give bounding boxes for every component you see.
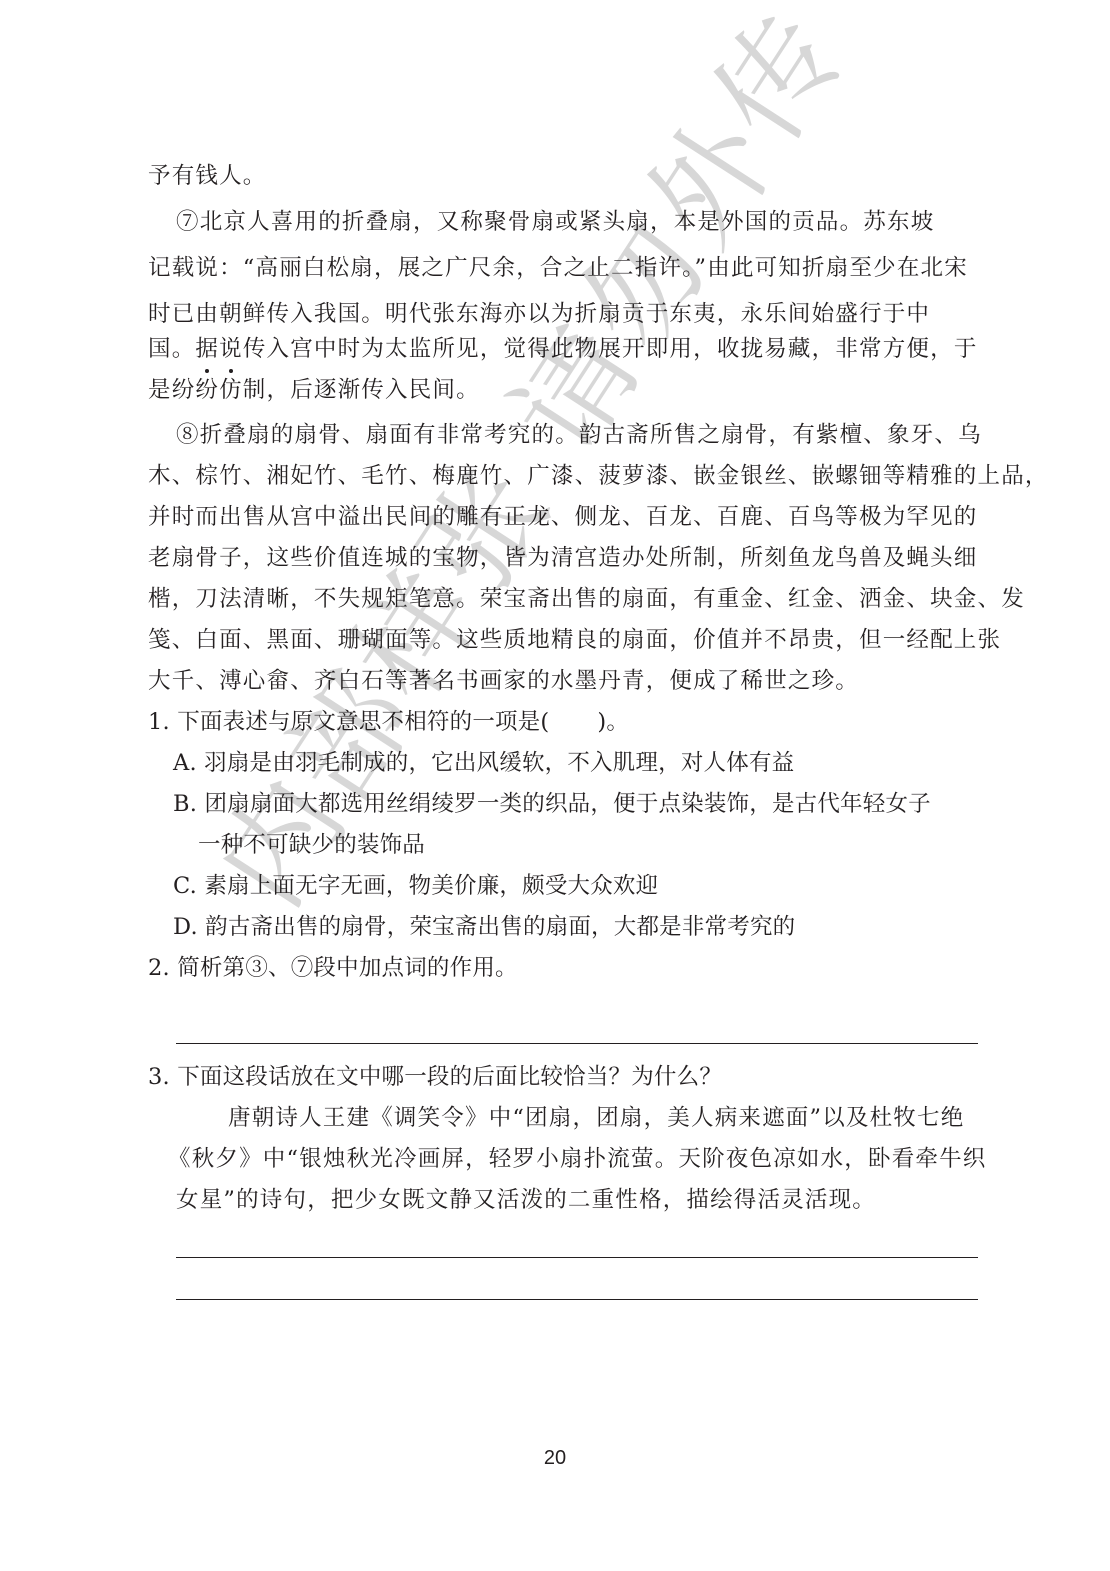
option-c: C. 素扇上面无字无画，物美价廉，颇受大众欢迎 <box>173 871 658 901</box>
passage-line: 予有钱人。 <box>148 161 267 191</box>
paragraph-8-line: 并时而出售从宫中溢出民间的雕有正龙、侧龙、百龙、百鹿、百鸟等极为罕见的 <box>148 502 978 532</box>
option-a: A. 羽扇是由羽毛制成的，它出风缓软，不入肌理，对人体有益 <box>173 748 794 778</box>
paragraph-8-line: 楷，刀法清晰，不失规矩笔意。荣宝斋出售的扇面，有重金、红金、洒金、块金、发 <box>148 584 1025 614</box>
paragraph-7-line: 时已由朝鲜传入我国。明代张东海亦以为折扇贡于东夷，永乐间始盛行于中 <box>148 299 930 329</box>
textbook-page: 内部样张 请勿外传 予有钱人。 ⑦北京人喜用的折叠扇，又称聚骨扇或紧头扇，本是外… <box>0 0 1110 1571</box>
paragraph-7-line: 记载说：“高丽白松扇，展之广尺余，合之止二指许。”由此可知折扇至少在北宋 <box>148 253 968 283</box>
question-1-text-end: )。 <box>597 709 629 735</box>
paragraph-8-line: 笺、白面、黑面、珊瑚面等。这些质地精良的扇面，价值并不昂贵，但一经配上张 <box>148 625 1001 655</box>
option-d: D. 韵古斋出售的扇骨，荣宝斋出售的扇面，大都是非常考究的 <box>173 912 795 942</box>
question-3-quote-line: 《秋夕》中“银烛秋光冷画屏，轻罗小扇扑流萤。天阶夜色凉如水，卧看牵牛织 <box>168 1144 987 1174</box>
page-number: 20 <box>0 1447 1110 1470</box>
paragraph-8-line: 木、棕竹、湘妃竹、毛竹、梅鹿竹、广漆、菠萝漆、嵌金银丝、嵌螺钿等精雅的上品， <box>148 461 1049 491</box>
question-3-stem: 3. 下面这段话放在文中哪一段的后面比较恰当？为什么？ <box>148 1062 722 1092</box>
paragraph-8-line: 老扇骨子，这些价值连城的宝物，皆为清宫造办处所制，所刻鱼龙鸟兽及蝇头细 <box>148 543 978 573</box>
question-2-stem: 2. 简析第③、⑦段中加点词的作用。 <box>148 953 518 983</box>
paragraph-8-line: ⑧折叠扇的扇骨、扇面有非常考究的。韵古斋所售之扇骨，有紫檀、象牙、乌 <box>176 420 982 450</box>
paragraph-7-line: 国。据说传入宫中时为太监所见，觉得此物展开即用，收拢易藏，非常方便，于 <box>148 334 978 364</box>
answer-line[interactable] <box>176 1257 978 1258</box>
question-3-quote-line: 女星”的诗句，把少女既文静又活泼的二重性格，描绘得活灵活现。 <box>176 1185 876 1215</box>
question-1-text: 1. 下面表述与原文意思不相符的一项是( <box>148 709 549 735</box>
paragraph-7-line: ⑦北京人喜用的折叠扇，又称聚骨扇或紧头扇，本是外国的贡品。苏东坡 <box>176 207 934 237</box>
emphasized-word-char: 据 <box>195 334 219 364</box>
option-b-continued: 一种不可缺少的装饰品 <box>198 830 425 860</box>
emphasized-word-char: 说 <box>219 334 243 364</box>
text-segment: 国。 <box>148 336 195 362</box>
option-b: B. 团扇扇面大都选用丝绢绫罗一类的织品，便于点染装饰，是古代年轻女子 <box>173 789 931 819</box>
question-1-stem: 1. 下面表述与原文意思不相符的一项是()。 <box>148 707 629 737</box>
question-3-quote-line: 唐朝诗人王建《调笑令》中“团扇，团扇，美人病来遮面”以及杜牧七绝 <box>228 1103 964 1133</box>
answer-line[interactable] <box>176 1299 978 1300</box>
paragraph-8-line: 大千、溥心畲、齐白石等著名书画家的水墨丹青，便成了稀世之珍。 <box>148 666 859 696</box>
answer-line[interactable] <box>176 1043 978 1044</box>
paragraph-7-line: 是纷纷仿制，后逐渐传入民间。 <box>148 375 480 405</box>
text-segment: 传入宫中时为太监所见，觉得此物展开即用，收拢易藏，非常方便，于 <box>243 336 978 362</box>
